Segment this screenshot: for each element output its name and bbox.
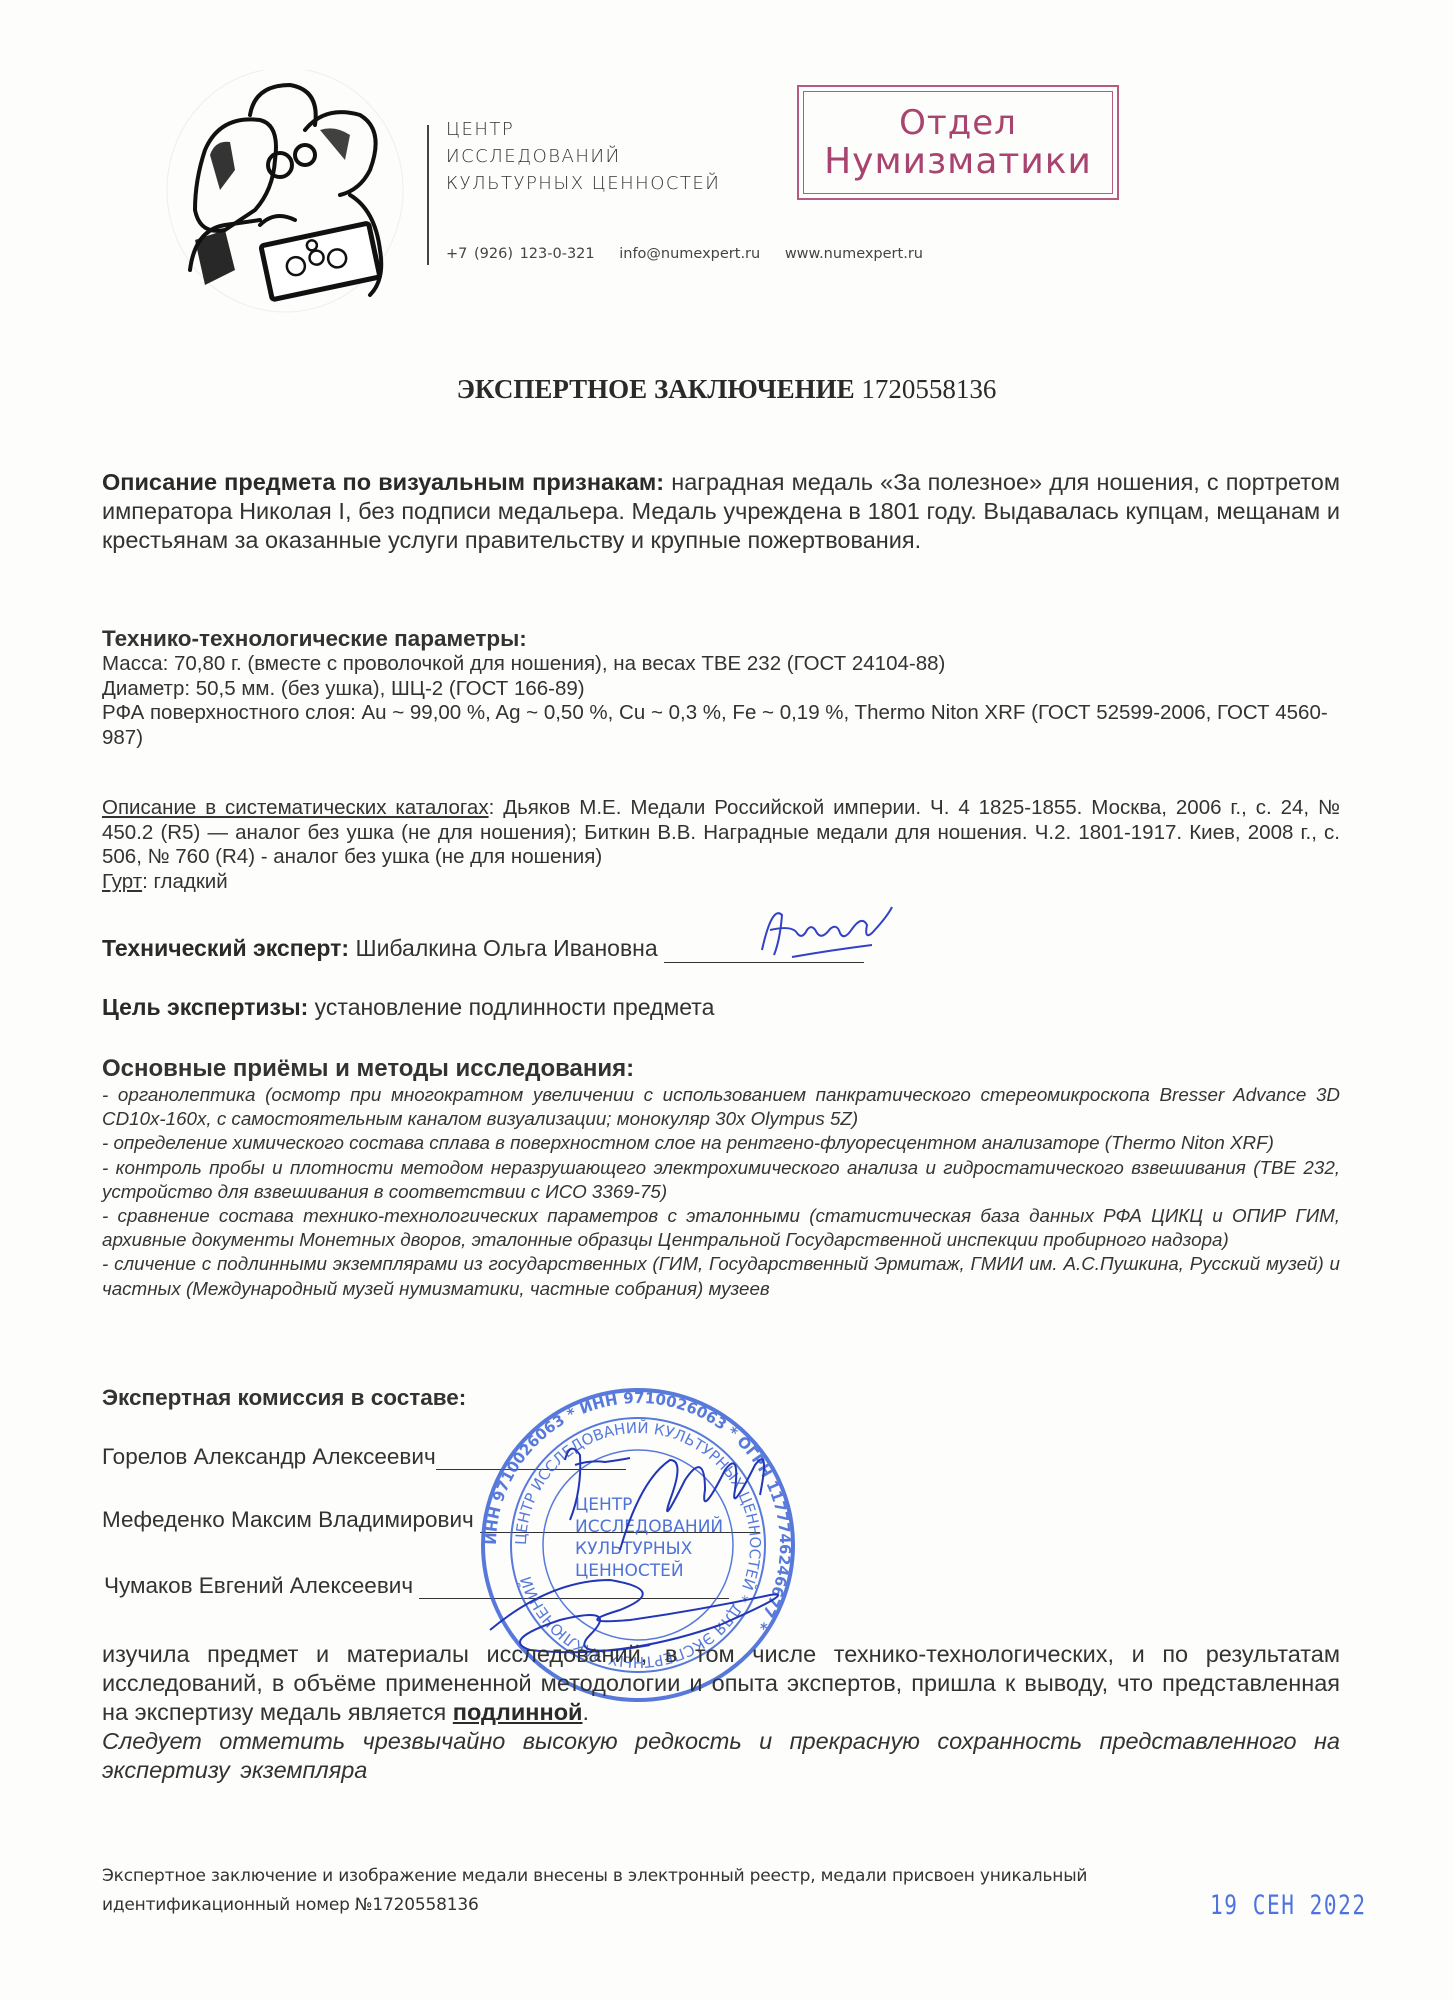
technical-heading: Технико-технологические параметры: xyxy=(102,624,1340,653)
method-item: - сличение с подлинными экземплярами из … xyxy=(102,1252,1340,1300)
methods-heading: Основные приёмы и методы исследования: xyxy=(102,1054,1340,1083)
diameter-line: Диаметр: 50,5 мм. (без ушка), ШЦ-2 (ГОСТ… xyxy=(102,677,1340,702)
conclusion-end: . xyxy=(583,1699,590,1725)
expert-name: Шибалкина Ольга Ивановна xyxy=(349,935,664,961)
header-divider xyxy=(427,125,429,265)
department-stamp: Отдел Нумизматики xyxy=(797,85,1119,200)
department-stamp-line-2: Нумизматики xyxy=(824,142,1092,182)
document-title: ЭКСПЕРТНОЕ ЗАКЛЮЧЕНИЕ 1720558136 xyxy=(0,374,1453,405)
description-heading: Описание предмета по визуальным признака… xyxy=(102,469,664,495)
organization-logo xyxy=(165,70,415,320)
catalog-section: Описание в систематических каталогах: Дь… xyxy=(102,796,1340,894)
organization-name: ЦЕНТР ИССЛЕДОВАНИЙ КУЛЬТУРНЫХ ЦЕННОСТЕЙ xyxy=(446,116,720,197)
technical-expert: Технический эксперт: Шибалкина Ольга Ива… xyxy=(102,934,1340,963)
goal-value: установление подлинности предмета xyxy=(308,994,714,1020)
xrf-line: РФА поверхностного слоя: Au ~ 99,00 %, A… xyxy=(102,701,1340,750)
department-stamp-line-1: Отдел xyxy=(899,104,1017,142)
email-link[interactable]: info@numexpert.ru xyxy=(619,246,760,262)
org-name-line-3: КУЛЬТУРНЫХ ЦЕННОСТЕЙ xyxy=(446,170,720,197)
handwritten-signature-icon xyxy=(752,895,902,965)
phone-number: +7 (926) 123-0-321 xyxy=(446,246,595,262)
condition-note: Следует отметить чрезвычайно высокую ред… xyxy=(102,1727,1340,1785)
edge-label: Гурт xyxy=(102,870,142,893)
registry-footer: Экспертное заключение и изображение меда… xyxy=(102,1862,1342,1920)
member-name: Мефеденко Максим Владимирович xyxy=(102,1507,474,1532)
org-name-line-1: ЦЕНТР xyxy=(446,116,720,143)
document-number: 1720558136 xyxy=(861,374,996,404)
verdict: подлинной xyxy=(453,1699,583,1725)
technical-parameters: Масса: 70,80 г. (вместе с проволочкой дл… xyxy=(102,652,1340,750)
footer-line-2: идентификационный номер №1720558136 xyxy=(102,1891,1342,1920)
member-name: Чумаков Евгений Алексеевич xyxy=(104,1573,413,1598)
document-title-label: ЭКСПЕРТНОЕ ЗАКЛЮЧЕНИЕ xyxy=(457,374,855,404)
org-name-line-2: ИССЛЕДОВАНИЙ xyxy=(446,143,720,170)
description-section: Описание предмета по визуальным признака… xyxy=(102,468,1340,555)
conclusion-body: изучила предмет и материалы исследований… xyxy=(102,1641,1340,1725)
date-stamp: 19 СЕН 2022 xyxy=(1210,1890,1367,1921)
numismatists-illustration-icon xyxy=(165,70,415,320)
expert-label: Технический эксперт: xyxy=(102,935,349,961)
member-name: Горелов Александр Алексеевич xyxy=(102,1444,436,1469)
method-item: - определение химического состава сплава… xyxy=(102,1131,1340,1155)
expertise-goal: Цель экспертизы: установление подлинност… xyxy=(102,993,1340,1022)
expert-signature xyxy=(752,895,902,965)
catalog-label: Описание в систематических каталогах xyxy=(102,796,489,819)
website-link[interactable]: www.numexpert.ru xyxy=(785,246,923,262)
goal-label: Цель экспертизы: xyxy=(102,994,308,1020)
method-item: - контроль пробы и плотности методом нер… xyxy=(102,1156,1340,1204)
edge-value: : гладкий xyxy=(142,870,228,893)
contacts: +7 (926) 123-0-321 info@numexpert.ru www… xyxy=(446,246,941,262)
method-item: - сравнение состава технико-технологичес… xyxy=(102,1204,1340,1252)
method-item: - органолептика (осмотр при многократном… xyxy=(102,1083,1340,1131)
conclusion-text: изучила предмет и материалы исследований… xyxy=(102,1640,1340,1727)
footer-line-1: Экспертное заключение и изображение меда… xyxy=(102,1862,1342,1891)
methods-list: - органолептика (осмотр при многократном… xyxy=(102,1083,1340,1301)
mass-line: Масса: 70,80 г. (вместе с проволочкой дл… xyxy=(102,652,1340,677)
